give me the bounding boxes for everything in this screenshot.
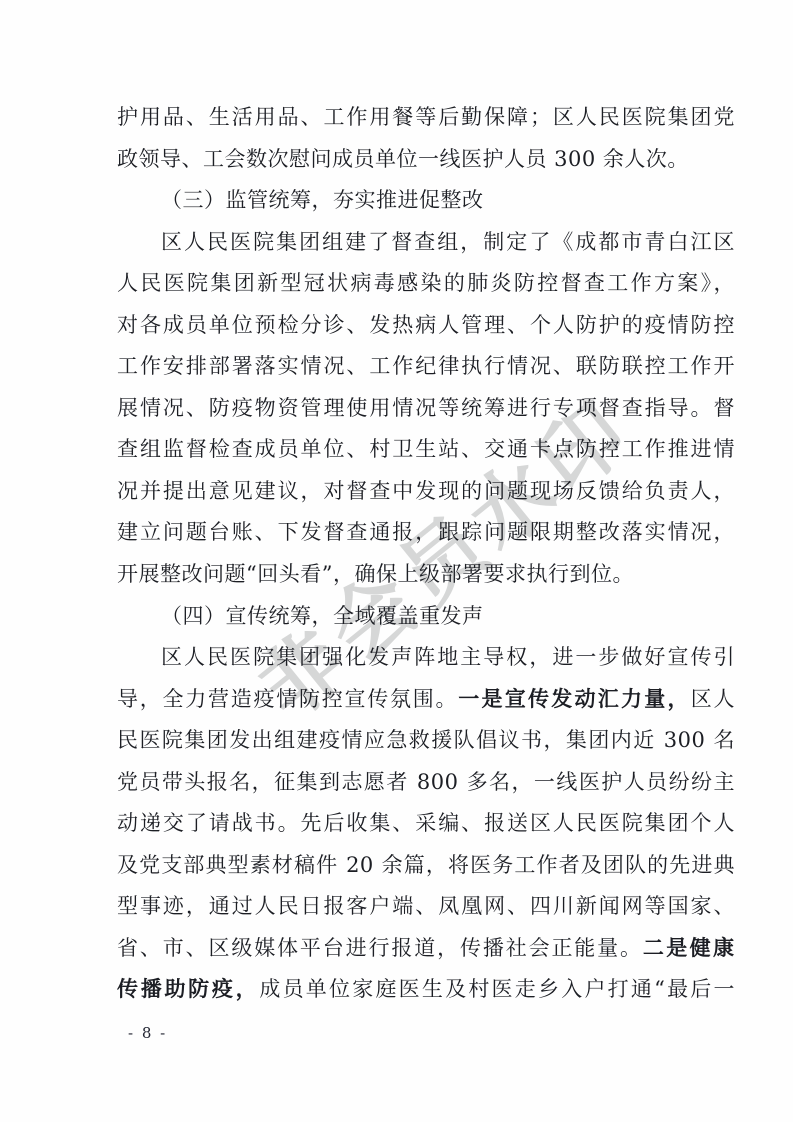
text-line: 及党支部典型素材稿件 20 余篇，将医务工作者及团队的先进典 bbox=[117, 845, 735, 887]
document-page: { "watermark": { "text": "非会员水印", "color… bbox=[0, 0, 793, 1122]
emphasis-run: 二是健康 bbox=[643, 936, 735, 960]
text-run: （四）宣传统筹，全域覆盖重发声 bbox=[161, 604, 484, 628]
page-background: 非会员水印 护用品、生活用品、工作用餐等后勤保障；区人民医院集团党政领导、工会数… bbox=[0, 0, 793, 1122]
text-run: 人民医院集团新型冠状病毒感染的肺炎防控督查工作方案》， bbox=[117, 271, 735, 295]
text-run: 展情况、防疫物资管理使用情况等统筹进行专项督查指导。督 bbox=[117, 396, 735, 420]
text-line: 区人民医院集团组建了督查组，制定了《成都市青白江区 bbox=[117, 222, 735, 264]
text-run: 况并提出意见建议，对督查中发现的问题现场反馈给负责人， bbox=[117, 479, 735, 503]
text-line: 动递交了请战书。先后收集、采编、报送区人民医院集团个人 bbox=[117, 803, 735, 845]
text-line: （四）宣传统筹，全域覆盖重发声 bbox=[117, 596, 735, 638]
text-run: 政领导、工会数次慰问成员单位一线医护人员 300 余人次。 bbox=[117, 147, 689, 171]
page-number: - 8 - bbox=[128, 1024, 167, 1042]
text-run: 区人民医院集团强化发声阵地主导权，进一步做好宣传引 bbox=[161, 645, 735, 669]
text-run: 护用品、生活用品、工作用餐等后勤保障；区人民医院集团党 bbox=[117, 105, 735, 129]
text-line: 展情况、防疫物资管理使用情况等统筹进行专项督查指导。督 bbox=[117, 388, 735, 430]
text-line: 传播助防疫，成员单位家庭医生及村医走乡入户打通“最后一 bbox=[117, 969, 735, 1011]
text-line: 况并提出意见建议，对督查中发现的问题现场反馈给负责人， bbox=[117, 471, 735, 513]
text-run: 对各成员单位预检分诊、发热病人管理、个人防护的疫情防控 bbox=[117, 313, 735, 337]
text-run: 省、市、区级媒体平台进行报道，传播社会正能量。 bbox=[117, 936, 643, 960]
text-line: 政领导、工会数次慰问成员单位一线医护人员 300 余人次。 bbox=[117, 139, 735, 181]
text-run: 及党支部典型素材稿件 20 余篇，将医务工作者及团队的先进典 bbox=[117, 853, 735, 877]
text-run: 导，全力营造疫情防控宣传氛围。 bbox=[117, 687, 458, 711]
text-run: 动递交了请战书。先后收集、采编、报送区人民医院集团个人 bbox=[117, 811, 735, 835]
text-run: 党员带头报名，征集到志愿者 800 多名，一线医护人员纷纷主 bbox=[117, 770, 735, 794]
text-line: 区人民医院集团强化发声阵地主导权，进一步做好宣传引 bbox=[117, 637, 735, 679]
text-line: 开展整改问题“回头看”，确保上级部署要求执行到位。 bbox=[117, 554, 735, 596]
text-line: 建立问题台账、下发督查通报，跟踪问题限期整改落实情况， bbox=[117, 512, 735, 554]
text-run: 型事迹，通过人民日报客户端、凤凰网、四川新闻网等国家、 bbox=[117, 894, 735, 918]
text-line: 护用品、生活用品、工作用餐等后勤保障；区人民医院集团党 bbox=[117, 97, 735, 139]
text-line: 人民医院集团新型冠状病毒感染的肺炎防控督查工作方案》， bbox=[117, 263, 735, 305]
text-line: 型事迹，通过人民日报客户端、凤凰网、四川新闻网等国家、 bbox=[117, 886, 735, 928]
text-run: 查组监督检查成员单位、村卫生站、交通卡点防控工作推进情 bbox=[117, 437, 735, 461]
text-run: 工作安排部署落实情况、工作纪律执行情况、联防联控工作开 bbox=[117, 354, 735, 378]
text-run: 建立问题台账、下发督查通报，跟踪问题限期整改落实情况， bbox=[117, 520, 735, 544]
emphasis-run: 传播助防疫， bbox=[117, 977, 259, 1001]
text-run: 民医院集团发出组建疫情应急救援队倡议书，集团内近 300 名 bbox=[117, 728, 735, 752]
text-line: 省、市、区级媒体平台进行报道，传播社会正能量。二是健康 bbox=[117, 928, 735, 970]
text-line: 民医院集团发出组建疫情应急救援队倡议书，集团内近 300 名 bbox=[117, 720, 735, 762]
text-run: 区人民医院集团组建了督查组，制定了《成都市青白江区 bbox=[161, 230, 735, 254]
document-body-text: 护用品、生活用品、工作用餐等后勤保障；区人民医院集团党政领导、工会数次慰问成员单… bbox=[117, 97, 735, 1011]
text-line: 导，全力营造疫情防控宣传氛围。一是宣传发动汇力量，区人 bbox=[117, 679, 735, 721]
text-line: （三）监管统筹，夯实推进促整改 bbox=[117, 180, 735, 222]
text-run: 区人 bbox=[691, 687, 735, 711]
text-line: 党员带头报名，征集到志愿者 800 多名，一线医护人员纷纷主 bbox=[117, 762, 735, 804]
text-run: 开展整改问题“回头看”，确保上级部署要求执行到位。 bbox=[117, 562, 634, 586]
text-line: 工作安排部署落实情况、工作纪律执行情况、联防联控工作开 bbox=[117, 346, 735, 388]
text-line: 查组监督检查成员单位、村卫生站、交通卡点防控工作推进情 bbox=[117, 429, 735, 471]
text-run: 成员单位家庭医生及村医走乡入户打通“最后一 bbox=[259, 977, 735, 1001]
emphasis-run: 一是宣传发动汇力量， bbox=[458, 687, 691, 711]
text-line: 对各成员单位预检分诊、发热病人管理、个人防护的疫情防控 bbox=[117, 305, 735, 347]
text-run: （三）监管统筹，夯实推进促整改 bbox=[161, 188, 484, 212]
